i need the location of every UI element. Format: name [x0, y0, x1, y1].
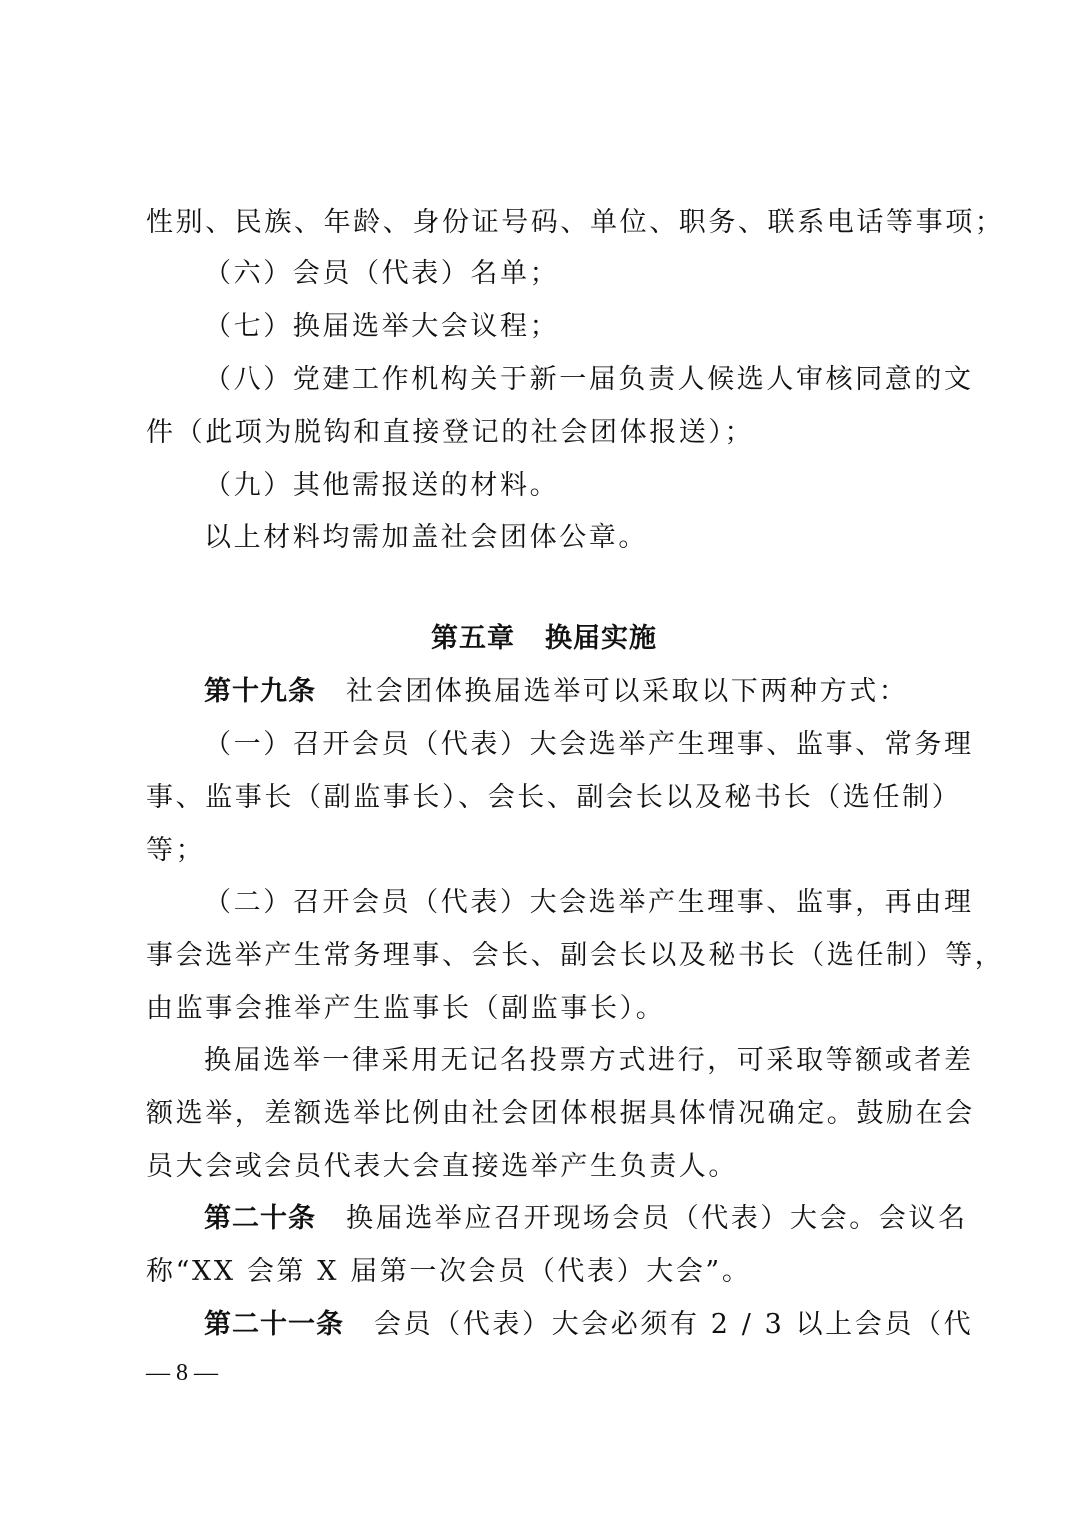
article-text: 换届选举应召开现场会员（代表）大会。会议名 — [346, 1203, 968, 1234]
article-19-item-2-line: 事会选举产生常务理事、会长、副会长以及秘书长（选任制）等， — [146, 929, 942, 982]
list-item-7: （七）换届选举大会议程； — [204, 300, 942, 353]
chapter-heading: 第五章换届实施 — [146, 612, 942, 665]
article-19: 第十九条社会团体换届选举可以采取以下两种方式： — [204, 665, 942, 718]
list-item-8-continuation: 件（此项为脱钩和直接登记的社会团体报送）； — [146, 406, 942, 459]
list-item-8: （八）党建工作机构关于新一届负责人候选人审核同意的文 — [204, 353, 942, 406]
list-item-9: （九）其他需报送的材料。 — [204, 459, 942, 512]
article-19-item-1: （一）召开会员（代表）大会选举产生理事、监事、常务理 — [204, 718, 942, 771]
article-19-item-1-line: 等； — [146, 824, 942, 877]
paragraph-line: 性别、民族、年龄、身份证号码、单位、职务、联系电话等事项； — [146, 196, 942, 249]
article-label: 第二十条 — [204, 1203, 316, 1234]
election-paragraph-line: 员大会或会员代表大会直接选举产生负责人。 — [146, 1140, 942, 1193]
election-paragraph-line: 额选举，差额选举比例由社会团体根据具体情况确定。鼓励在会 — [146, 1087, 942, 1140]
article-19-item-1-line: 事、监事长（副监事长）、会长、副会长以及秘书长（选任制） — [146, 771, 942, 824]
document-page: 性别、民族、年龄、身份证号码、单位、职务、联系电话等事项； （六）会员（代表）名… — [0, 0, 1074, 1520]
article-21: 第二十一条会员（代表）大会必须有 2 / 3 以上会员（代 — [204, 1298, 942, 1351]
article-label: 第十九条 — [204, 676, 316, 707]
article-label: 第二十一条 — [204, 1309, 344, 1340]
article-text: 会员（代表）大会必须有 2 / 3 以上会员（代 — [374, 1309, 973, 1340]
election-paragraph: 换届选举一律采用无记名投票方式进行，可采取等额或者差 — [204, 1034, 942, 1087]
chapter-number: 第五章 — [431, 623, 515, 654]
list-item-6: （六）会员（代表）名单； — [204, 247, 942, 300]
article-19-item-2-line: 由监事会推举产生监事长（副监事长）。 — [146, 982, 942, 1035]
article-20: 第二十条换届选举应召开现场会员（代表）大会。会议名 — [204, 1192, 942, 1245]
article-text: 社会团体换届选举可以采取以下两种方式： — [346, 676, 908, 707]
article-19-item-2: （二）召开会员（代表）大会选举产生理事、监事，再由理 — [204, 876, 942, 929]
page-number: — 8 — — [146, 1356, 218, 1390]
chapter-title: 换届实施 — [545, 623, 657, 654]
article-20-continuation: 称“XX 会第 X 届第一次会员（代表）大会”。 — [146, 1245, 942, 1298]
seal-note: 以上材料均需加盖社会团体公章。 — [204, 511, 942, 564]
